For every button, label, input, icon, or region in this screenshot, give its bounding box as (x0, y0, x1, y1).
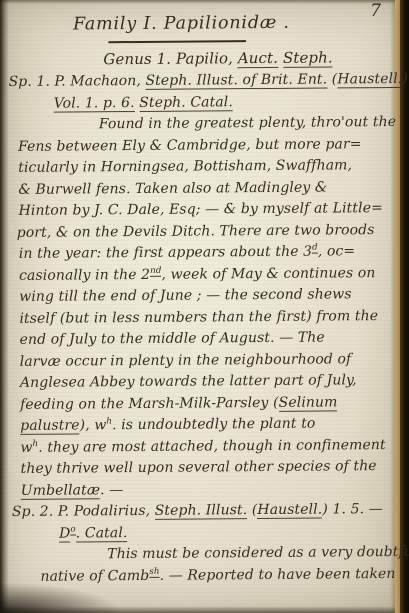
manuscript-line: Fens between Ely & Cambridge, but more p… (18, 133, 398, 157)
species-1-reference: Vol. 1. p. 6. Steph. Catal. (54, 90, 398, 114)
text-run: Vol. 1. p. 6. (54, 95, 135, 113)
text-run: sh (149, 567, 159, 578)
text-run: w (20, 439, 32, 455)
manuscript-line: itself (but in less numbers than the fir… (19, 305, 399, 329)
text-run: end of July to the middle of August. — T… (20, 330, 325, 348)
text-run (135, 94, 140, 110)
text-run: Sp. 2. P. Podalirius, (12, 503, 155, 520)
manuscript-line: palustre), wh. is undoubtedly the plant … (20, 413, 400, 437)
text-run: ( (247, 502, 257, 518)
manuscript-line: Found in the greatest plenty, thro'out t… (99, 112, 398, 136)
text-run: . — Reported to have been taken (159, 565, 395, 583)
text-run: . is undoubtedly the plant to (112, 416, 315, 434)
text-run: they thrive well upon several other spec… (21, 458, 377, 477)
text-run: D (59, 525, 70, 542)
text-run: larvæ occur in plenty in the neighbourho… (20, 351, 352, 370)
text-run: in the year: the first appears about the… (19, 244, 312, 262)
manuscript-text-block: Family I. Papilionidæ .Genus 1. Papilio,… (8, 9, 402, 588)
heading-rule (108, 40, 246, 43)
manuscript-line: & Burwell fens. Taken also at Madingley … (18, 176, 398, 200)
text-run: . Catal. (76, 525, 128, 542)
text-run: ( (327, 71, 337, 87)
text-run: Steph. Illust. of Brit. Ent. (145, 71, 327, 89)
text-run: casionally in the 2 (19, 266, 150, 283)
manuscript-line: Anglesea Abbey towards the latter part o… (20, 370, 400, 394)
manuscript-line: port, & on the Devils Ditch. There are t… (17, 219, 399, 243)
text-run: & Burwell fens. Taken also at Madingley … (18, 179, 327, 197)
text-run: Anglesea Abbey towards the latter part o… (20, 372, 357, 391)
text-run: Steph. (283, 48, 333, 67)
manuscript-line: feeding on the Marsh-Milk-Parsley (Selin… (20, 391, 400, 415)
text-run: Auct. (238, 49, 278, 68)
text-run (278, 49, 283, 67)
text-run: Haustell. (257, 502, 322, 520)
text-run: o (70, 524, 75, 535)
manuscript-line: in the year: the first appears about the… (19, 241, 399, 265)
manuscript-line: wing till the end of June ; — the second… (19, 284, 399, 308)
family-heading: Family I. Papilionidæ . (73, 9, 397, 39)
species-1-heading: Sp. 1. P. Machaon, Steph. Illust. of Bri… (8, 69, 397, 94)
text-run: . — (100, 482, 123, 498)
text-run: Found in the greatest plenty, thro'out t… (99, 114, 396, 132)
text-run: port, & on the Devils Ditch. There are t… (17, 222, 375, 241)
text-run: This must be considered as a very doubtf… (107, 544, 409, 562)
genus-heading: Genus 1. Papilio, Auct. Steph. (103, 46, 397, 71)
text-run: Family I. Papilionidæ . (73, 13, 290, 35)
manuscript-photo: 7 Family I. Papilionidæ .Genus 1. Papili… (0, 0, 409, 613)
manuscript-line: they thrive well upon several other spec… (21, 456, 401, 480)
manuscript-line: Hinton by J. C. Dale, Esq; — & by myself… (18, 198, 398, 222)
text-run: Sp. 1. P. Machaon, (8, 73, 145, 90)
manuscript-line: wh. they are most attached, though in co… (20, 434, 400, 458)
manuscript-line: casionally in the 2nd, week of May & con… (19, 262, 399, 286)
text-run: , week of May & continues on (161, 265, 375, 283)
text-run: ) 1. 5. — (322, 501, 383, 517)
text-run: Genus 1. Papilio, (103, 49, 238, 68)
text-run: native of Camb (40, 567, 149, 584)
text-run: palustre (20, 417, 80, 434)
book-cover-edge-right (400, 0, 409, 613)
text-run: ticularly in Horningsea, Bottisham, Swaf… (18, 157, 352, 176)
species-2-heading: Sp. 2. P. Podalirius, Steph. Illust. (Ha… (12, 499, 401, 524)
page-edge-top (0, 0, 409, 4)
text-run: itself (but in less numbers than the fir… (19, 308, 378, 327)
text-run: wing till the end of June ; — the second… (19, 286, 351, 305)
text-run: feeding on the Marsh-Milk-Parsley ( (20, 394, 279, 412)
text-run: Steph. Illust. (155, 502, 248, 520)
text-run: Umbellatæ (21, 482, 100, 500)
text-run: ) — (402, 71, 409, 87)
text-run: , oc= (318, 243, 356, 259)
text-run: Steph. Catal. (139, 94, 233, 112)
manuscript-line: native of Cambsh. — Reported to have bee… (40, 563, 401, 587)
manuscript-line: larvæ occur in plenty in the neighbourho… (20, 348, 400, 372)
manuscript-line: ticularly in Horningsea, Bottisham, Swaf… (18, 155, 398, 179)
manuscript-line: This must be considered as a very doubtf… (107, 542, 401, 566)
text-run: nd (150, 266, 161, 277)
text-run: Hinton by J. C. Dale, Esq; — & by myself… (18, 200, 382, 219)
page-edge-bottom (0, 606, 409, 613)
text-run: Fens between Ely & Cambridge, but more p… (18, 136, 362, 155)
text-run: Haustell. (337, 71, 402, 89)
manuscript-line: Umbellatæ. — (21, 477, 401, 501)
manuscript-line: end of July to the middle of August. — T… (19, 327, 399, 351)
text-run: ), w (80, 417, 107, 433)
text-run: . they are most attached, though in conf… (38, 437, 386, 456)
text-run: Selinum (279, 394, 338, 411)
species-2-reference: Do. Catal. (59, 520, 401, 544)
